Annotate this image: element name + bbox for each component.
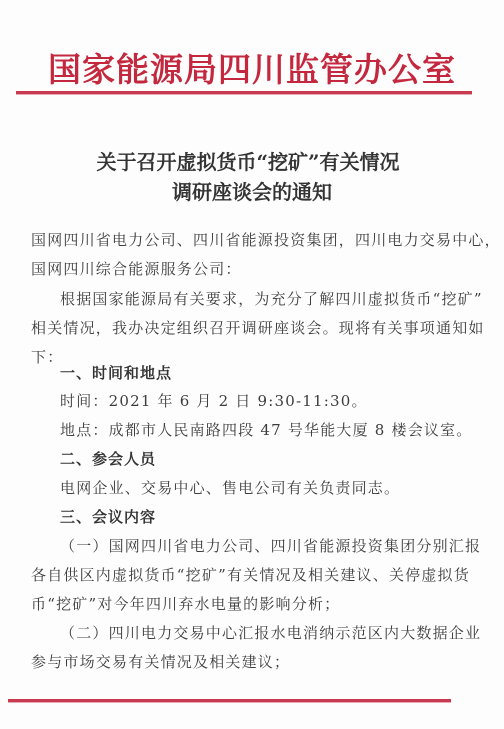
section-heading-attendees: 二、参会人员 [60, 448, 156, 469]
intro-line-3: 下： [31, 346, 63, 367]
section-heading-time-place: 一、时间和地点 [60, 362, 172, 383]
addressees-line-2: 国网四川综合能源服务公司： [31, 258, 242, 279]
agenda-item-1-line-3: 币“挖矿”对今年四川弃水电量的影响分析； [31, 593, 340, 614]
intro-line-2: 相关情况，我办决定组织召开调研座谈会。现将有关事项通知如 [31, 317, 485, 338]
section-heading-agenda: 三、会议内容 [60, 506, 156, 527]
agenda-item-2-line-2: 参与市场交易有关情况及相关建议； [31, 651, 290, 672]
intro-line-1: 根据国家能源局有关要求，为充分了解四川虚拟货币“挖矿” [60, 288, 483, 309]
agenda-item-2-line-1: （二）四川电力交易中心汇报水电消纳示范区内大数据企业 [60, 622, 481, 643]
attendees-text: 电网企业、交易中心、售电公司有关负责同志。 [60, 477, 400, 498]
document-title-line-2: 调研座谈会的通知 [0, 176, 504, 205]
document-title-line-1: 关于召开虚拟货币“挖矿”有关情况 [0, 146, 500, 175]
addressees-line-1: 国网四川省电力公司、四川省能源投资集团，四川电力交易中心， [31, 229, 501, 250]
agenda-item-1-line-2: 各自供区内虚拟货币“挖矿”有关情况及相关建议、关停虚拟货 [31, 564, 470, 585]
letterhead-red-rule [16, 91, 472, 94]
meeting-location: 地点：成都市人民南路四段 47 号华能大厦 8 楼会议室。 [60, 419, 473, 440]
footer-red-rule [8, 699, 451, 702]
letterhead-title: 国家能源局四川监管办公室 [0, 44, 504, 91]
agenda-item-1-line-1: （一）国网四川省电力公司、四川省能源投资集团分别汇报 [60, 535, 481, 556]
meeting-time: 时间：2021 年 6 月 2 日 9:30-11:30。 [60, 390, 368, 411]
